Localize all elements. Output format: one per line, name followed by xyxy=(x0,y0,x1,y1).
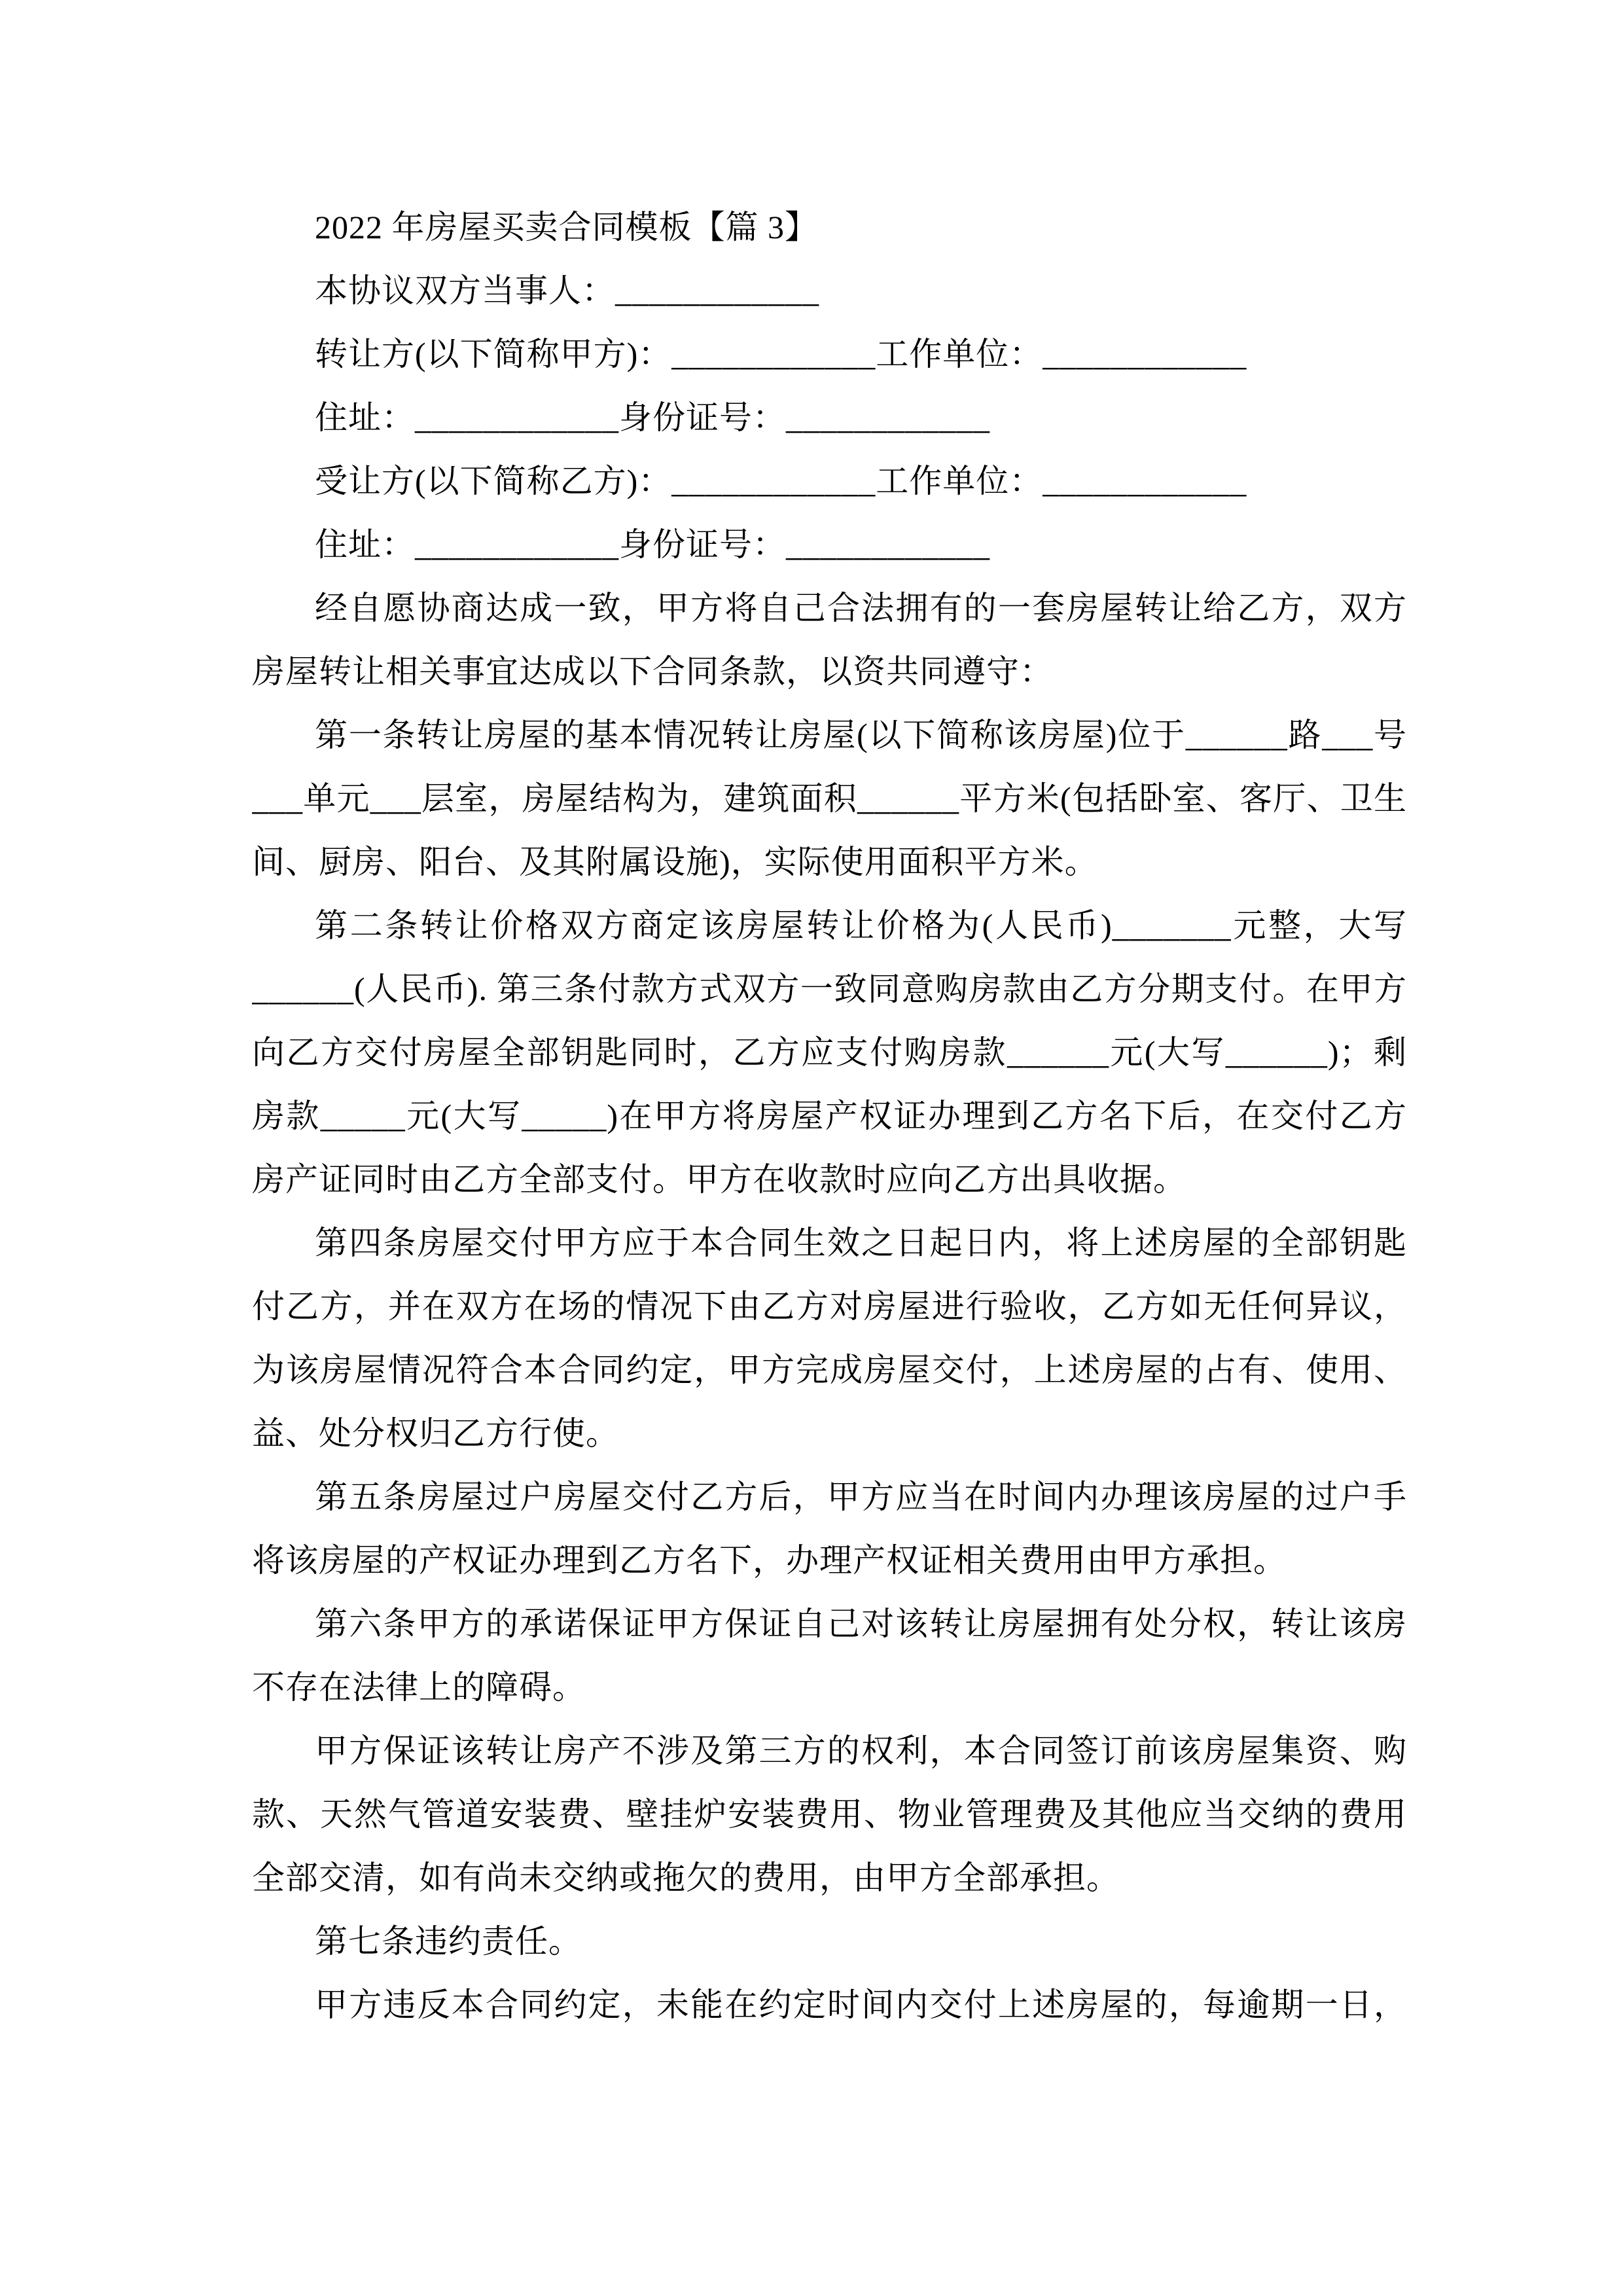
contract-line: 付乙方，并在双方在场的情况下由乙方对房屋进行验收，乙方如无任何异议，视 xyxy=(252,1275,1407,1338)
contract-line: 房款_____元(大写_____)在甲方将房屋产权证办理到乙方名下后，在交付乙方 xyxy=(252,1085,1407,1148)
document-title: 2022 年房屋买卖合同模板【篇 3】 xyxy=(252,196,1407,259)
contract-line: ___单元___层室，房屋结构为，建筑面积______平方米(包括卧室、客厅、卫… xyxy=(252,767,1407,831)
contract-line: 第五条房屋过户房屋交付乙方后，甲方应当在时间内办理该房屋的过户手续， xyxy=(252,1465,1407,1529)
contract-line: 房产证同时由乙方全部支付。甲方在收款时应向乙方出具收据。 xyxy=(252,1148,1407,1211)
contract-line: 第二条转让价格双方商定该房屋转让价格为(人民币)_______元整，大写 xyxy=(252,894,1407,958)
contract-line: 全部交清，如有尚未交纳或拖欠的费用，由甲方全部承担。 xyxy=(252,1846,1407,1910)
contract-line: 第四条房屋交付甲方应于本合同生效之日起日内，将上述房屋的全部钥匙交 xyxy=(252,1211,1407,1275)
contract-line: 益、处分权归乙方行使。 xyxy=(252,1402,1407,1465)
contract-line: 房屋转让相关事宜达成以下合同条款，以资共同遵守： xyxy=(252,640,1407,704)
contract-line: 第七条违约责任。 xyxy=(252,1910,1407,1973)
contract-body: 本协议双方当事人：____________转让方(以下简称甲方)：_______… xyxy=(252,259,1407,2037)
contract-line: 向乙方交付房屋全部钥匙同时，乙方应支付购房款______元(大写______)；… xyxy=(252,1021,1407,1085)
contract-line: 间、厨房、阳台、及其附属设施)，实际使用面积平方米。 xyxy=(252,831,1407,894)
contract-line: 受让方(以下简称乙方)：____________工作单位：___________… xyxy=(252,450,1407,513)
contract-line: 款、天然气管道安装费、壁挂炉安装费用、物业管理费及其他应当交纳的费用已 xyxy=(252,1783,1407,1846)
contract-line: 转让方(以下简称甲方)：____________工作单位：___________… xyxy=(252,323,1407,386)
contract-line: 本协议双方当事人：____________ xyxy=(252,259,1407,323)
contract-line: ______(人民币). 第三条付款方式双方一致同意购房款由乙方分期支付。在甲方 xyxy=(252,958,1407,1021)
contract-line: 住址：____________身份证号：____________ xyxy=(252,513,1407,577)
contract-line: 第六条甲方的承诺保证甲方保证自己对该转让房屋拥有处分权，转让该房屋 xyxy=(252,1592,1407,1656)
contract-line: 甲方保证该转让房产不涉及第三方的权利，本合同签订前该房屋集资、购房 xyxy=(252,1719,1407,1783)
contract-line: 甲方违反本合同约定，未能在约定时间内交付上述房屋的，每逾期一日，甲 xyxy=(252,1973,1407,2037)
contract-line: 住址：____________身份证号：____________ xyxy=(252,386,1407,450)
contract-line: 为该房屋情况符合本合同约定，甲方完成房屋交付，上述房屋的占有、使用、收 xyxy=(252,1338,1407,1402)
contract-line: 第一条转让房屋的基本情况转让房屋(以下简称该房屋)位于______路___号 xyxy=(252,704,1407,767)
contract-line: 将该房屋的产权证办理到乙方名下，办理产权证相关费用由甲方承担。 xyxy=(252,1529,1407,1592)
contract-line: 经自愿协商达成一致，甲方将自己合法拥有的一套房屋转让给乙方，双方就 xyxy=(252,577,1407,640)
contract-text-block: 2022 年房屋买卖合同模板【篇 3】 本协议双方当事人：___________… xyxy=(252,196,1407,2037)
contract-line: 不存在法律上的障碍。 xyxy=(252,1656,1407,1719)
contract-document-page: 2022 年房屋买卖合同模板【篇 3】 本协议双方当事人：___________… xyxy=(0,0,1623,2296)
